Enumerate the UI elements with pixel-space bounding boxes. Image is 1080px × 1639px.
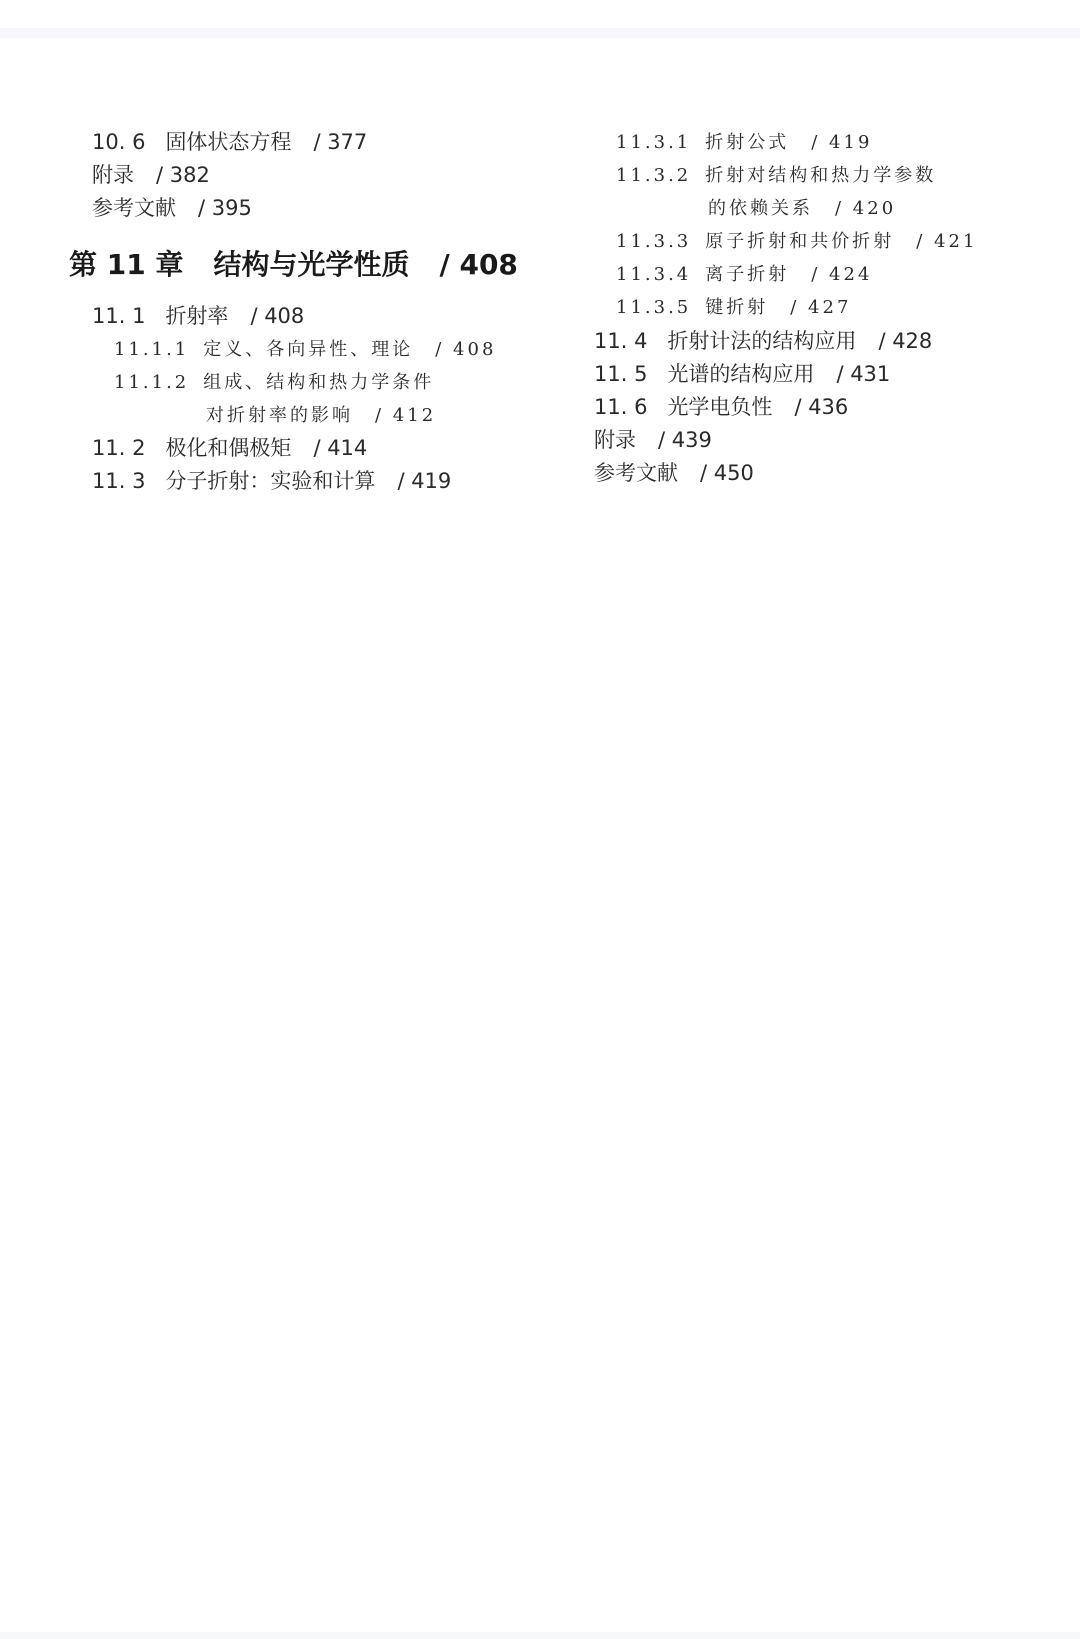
toc-entry-appendix[interactable]: 附录/ 382 [92,165,210,186]
chapter-title: 结构与光学性质 [213,248,409,281]
section-number: 11. 3 [92,471,145,492]
section-number: 11.3.2 [616,167,691,185]
page-number: / 412 [375,405,436,426]
toc-entry-11-3[interactable]: 11. 3分子折射：实验和计算/ 419 [92,471,451,492]
section-number: 11.3.3 [616,233,691,251]
section-number: 11.3.5 [616,299,691,317]
page-number: / 450 [700,461,754,485]
section-title: 原子折射和共价折射 [705,231,894,252]
toc-entry-11-2[interactable]: 11. 2极化和偶极矩/ 414 [92,438,367,459]
section-title: 折射对结构和热力学参数 [705,165,936,186]
section-title: 光学电负性 [667,395,772,419]
toc-entry-11-1[interactable]: 11. 1折射率/ 408 [92,306,304,327]
section-title: 光谱的结构应用 [667,362,814,386]
page-number: / 428 [878,329,932,353]
page-number: / 439 [658,428,712,452]
section-number: 11. 1 [92,306,145,327]
section-number: 11.3.1 [616,134,691,152]
page-number: / 414 [313,436,367,460]
section-title: 参考文献 [594,461,678,485]
section-title: 折射计法的结构应用 [667,329,856,353]
toc-entry-11-3-2-cont[interactable]: 的依赖关系/ 420 [708,200,896,218]
toc-entry-11-1-2-cont[interactable]: 对折射率的影响/ 412 [206,407,436,425]
bottom-edge-band [0,1632,1080,1639]
section-title: 定义、各向异性、理论 [203,339,413,360]
page-number: / 431 [836,362,890,386]
page-number: / 408 [250,304,304,328]
section-number: 10. 6 [92,132,145,153]
page-number: / 421 [916,231,977,252]
section-title: 附录 [92,163,134,187]
toc-entry-appendix-11[interactable]: 附录/ 439 [594,430,712,451]
page-number: / 382 [156,163,210,187]
section-number: 11. 2 [92,438,145,459]
toc-entry-11-5[interactable]: 11. 5光谱的结构应用/ 431 [594,364,890,385]
toc-entry-11-3-3[interactable]: 11.3.3原子折射和共价折射/ 421 [616,233,977,251]
toc-entry-11-6[interactable]: 11. 6光学电负性/ 436 [594,397,848,418]
section-number: 11. 6 [594,397,647,418]
section-title: 固体状态方程 [165,130,291,154]
toc-entry-references-11[interactable]: 参考文献/ 450 [594,463,754,484]
toc-entry-11-3-5[interactable]: 11.3.5键折射/ 427 [616,299,851,317]
top-edge-band [0,28,1080,38]
page-number: / 419 [397,469,451,493]
section-title: 附录 [594,428,636,452]
section-title: 键折射 [705,297,768,318]
page-number: / 408 [439,248,517,281]
section-title: 折射公式 [705,132,789,153]
toc-entry-11-3-2[interactable]: 11.3.2折射对结构和热力学参数 [616,167,936,185]
section-title: 分子折射：实验和计算 [165,469,375,493]
section-number: 11.1.1 [114,341,189,359]
page-number: / 377 [313,130,367,154]
section-number: 11.1.2 [114,374,189,392]
toc-chapter-11[interactable]: 第 11 章结构与光学性质/ 408 [69,251,518,279]
section-title: 折射率 [165,304,228,328]
toc-entry-11-3-1[interactable]: 11.3.1折射公式/ 419 [616,134,872,152]
page-number: / 395 [198,196,252,220]
page-number: / 419 [811,132,872,153]
section-title-continued: 的依赖关系 [708,198,813,219]
toc-entry-11-1-2[interactable]: 11.1.2组成、结构和热力学条件 [114,374,434,392]
section-title: 极化和偶极矩 [165,436,291,460]
section-title: 参考文献 [92,196,176,220]
section-number: 11. 5 [594,364,647,385]
toc-entry-references[interactable]: 参考文献/ 395 [92,198,252,219]
section-title: 离子折射 [705,264,789,285]
page-number: / 420 [835,198,896,219]
toc-entry-10-6[interactable]: 10. 6固体状态方程/ 377 [92,132,367,153]
chapter-number: 第 11 章 [69,248,183,281]
page-number: / 424 [811,264,872,285]
section-title: 组成、结构和热力学条件 [203,372,434,393]
toc-entry-11-3-4[interactable]: 11.3.4离子折射/ 424 [616,266,872,284]
toc-entry-11-4[interactable]: 11. 4折射计法的结构应用/ 428 [594,331,932,352]
page-number: / 427 [790,297,851,318]
section-number: 11.3.4 [616,266,691,284]
section-title-continued: 对折射率的影响 [206,405,353,426]
toc-entry-11-1-1[interactable]: 11.1.1定义、各向异性、理论/ 408 [114,341,496,359]
page-number: / 436 [794,395,848,419]
page-number: / 408 [435,339,496,360]
section-number: 11. 4 [594,331,647,352]
